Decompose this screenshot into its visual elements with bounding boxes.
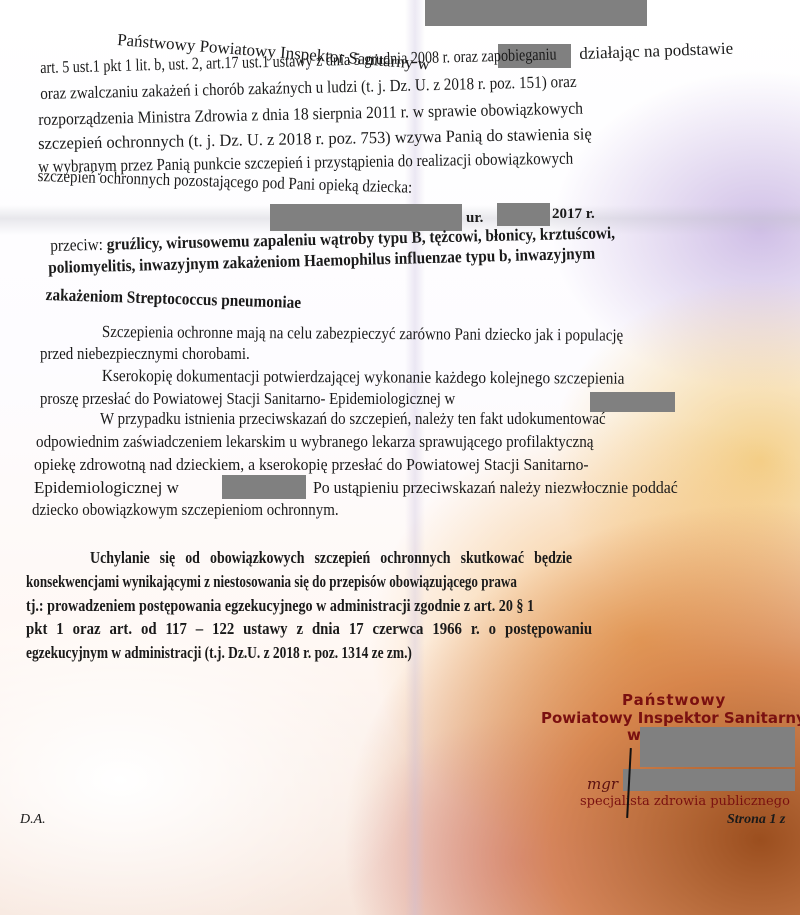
- stamp-line-2: Powiatowy Inspektor Sanitarny: [541, 708, 800, 728]
- footer-page-number: Strona 1 z: [727, 810, 785, 830]
- warning-line-3: tj.: prowadzeniem postępowania egzekucyj…: [26, 596, 534, 616]
- contra-line-4b: Po ustąpieniu przeciwskazań należy niezw…: [313, 478, 678, 498]
- redacted-child-birthdate: [497, 203, 550, 226]
- contra-line-2: odpowiednim zaświadczeniem lekarskim u w…: [36, 432, 593, 452]
- copy-line-1: Kserokopię dokumentacji potwierdzającej …: [102, 366, 625, 389]
- redacted-signatory-name: [623, 769, 795, 791]
- copy-line-2: proszę przesłać do Powiatowej Stacji San…: [40, 389, 455, 409]
- child-birth-year: 2017 r.: [552, 204, 595, 224]
- redacted-city-3: [222, 475, 306, 499]
- stamp-line-1: Państwowy: [622, 690, 726, 710]
- redacted-stamp-city: [640, 727, 795, 767]
- contra-line-3: opiekę zdrowotną nad dzieckiem, a kserok…: [34, 455, 589, 475]
- warning-line-5: egzekucyjnym w administracji (t.j. Dz.U.…: [26, 643, 412, 663]
- vaccines-prefix: przeciw:: [50, 235, 103, 255]
- warning-line-2: konsekwencjami wynikającymi z niestosowa…: [26, 572, 517, 592]
- footer-initials: D.A.: [20, 810, 46, 830]
- stamp-title: mgr: [587, 774, 618, 794]
- redacted-header: [425, 0, 647, 26]
- contra-line-5: dziecko obowiązkowym szczepieniom ochron…: [32, 500, 339, 520]
- purpose-line-1: Szczepienia ochronne mają na celu zabezp…: [102, 322, 623, 346]
- contra-line-1: W przypadku istnienia przeciwskazań do s…: [100, 409, 606, 429]
- stamp-role: specjalista zdrowia publicznego: [580, 792, 790, 812]
- warning-line-1: Uchylanie się od obowiązkowych szczepień…: [90, 548, 572, 568]
- purpose-line-2: przed niebezpiecznymi chorobami.: [40, 344, 250, 364]
- contra-line-4a: Epidemiologicznej w: [34, 478, 179, 498]
- warning-line-4: pkt 1 oraz art. od 117 – 122 ustawy z dn…: [26, 619, 592, 639]
- child-born-label: ur.: [466, 208, 483, 228]
- stamp-line-3: w: [627, 725, 641, 745]
